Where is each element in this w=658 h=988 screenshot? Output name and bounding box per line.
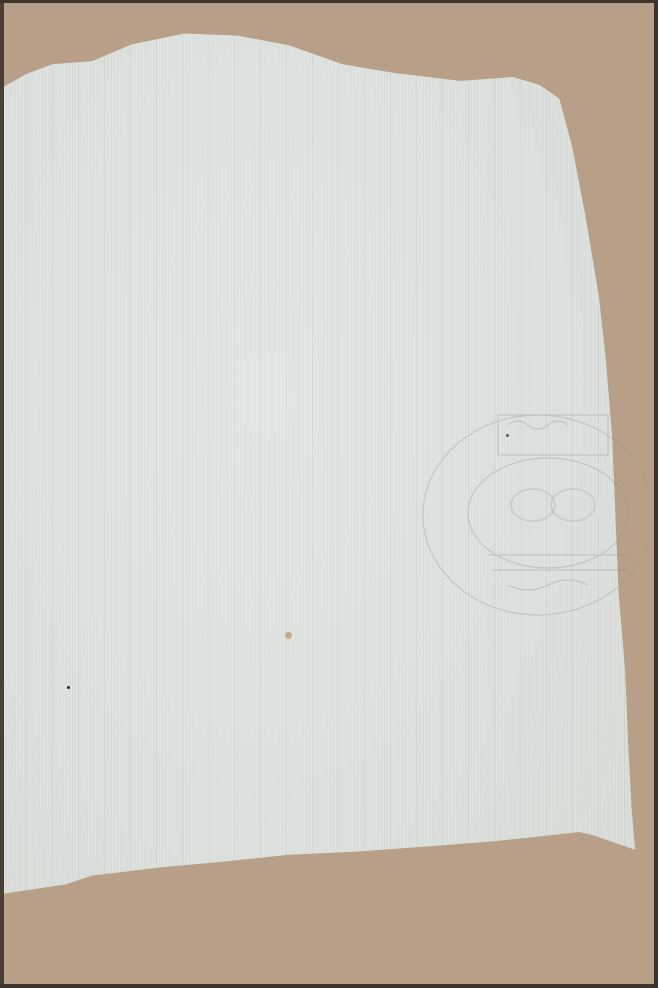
foxing-spot [67, 686, 70, 689]
page-edge-bottom [0, 984, 658, 988]
page-edge-left [0, 0, 4, 988]
page-edge-top [0, 0, 658, 3]
foxing-spot [285, 632, 292, 639]
foxing-spot [506, 434, 509, 437]
page-edge-right [654, 0, 658, 988]
watermark-crest-icon [408, 395, 648, 625]
paper-page [0, 0, 658, 988]
